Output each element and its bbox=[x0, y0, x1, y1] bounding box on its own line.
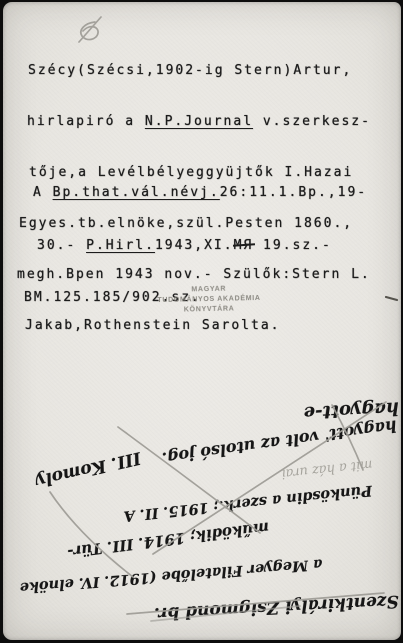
typed-text: A bbox=[33, 185, 53, 200]
typed-text: hirlapiró a bbox=[27, 114, 145, 129]
underlined-text: N.P.Journal bbox=[145, 114, 253, 129]
handwritten-note: III. Komoly bbox=[26, 447, 143, 492]
overstruck-text: МЯ bbox=[234, 238, 254, 253]
typed-line: 30.- P.Hirl.1943,XI.МЯ 19.sz.- bbox=[17, 237, 367, 255]
typed-text: 1943,XI. bbox=[155, 238, 234, 253]
library-stamp: MAGYAR TUDOMÁNYOS AKADÉMIA KÖNYVTÁRA bbox=[131, 283, 288, 316]
catalog-card: Szécy(Szécsi,1902-ig Stern)Artur, hirlap… bbox=[3, 2, 401, 640]
typed-line: A Bp.that.vál.névj.26:11.1.Bp.,19- bbox=[17, 184, 367, 202]
typed-text: v.szerkesz- bbox=[253, 114, 371, 129]
typed-text: 30.- bbox=[37, 238, 86, 253]
handwritten-note: Szentkirályi Zsigmond br. bbox=[123, 591, 400, 625]
underlined-text: Bp.that.vál.névj. bbox=[53, 185, 220, 200]
typed-text: 19.sz.- bbox=[253, 238, 332, 253]
typed-text: 26:11.1.Bp.,19- bbox=[220, 185, 367, 200]
underlined-text: P.Hirl. bbox=[86, 238, 155, 253]
typed-line: hirlapiró a N.P.Journal v.szerkesz- bbox=[17, 113, 371, 130]
typed-line: Szécy(Szécsi,1902-ig Stern)Artur, bbox=[17, 62, 371, 79]
